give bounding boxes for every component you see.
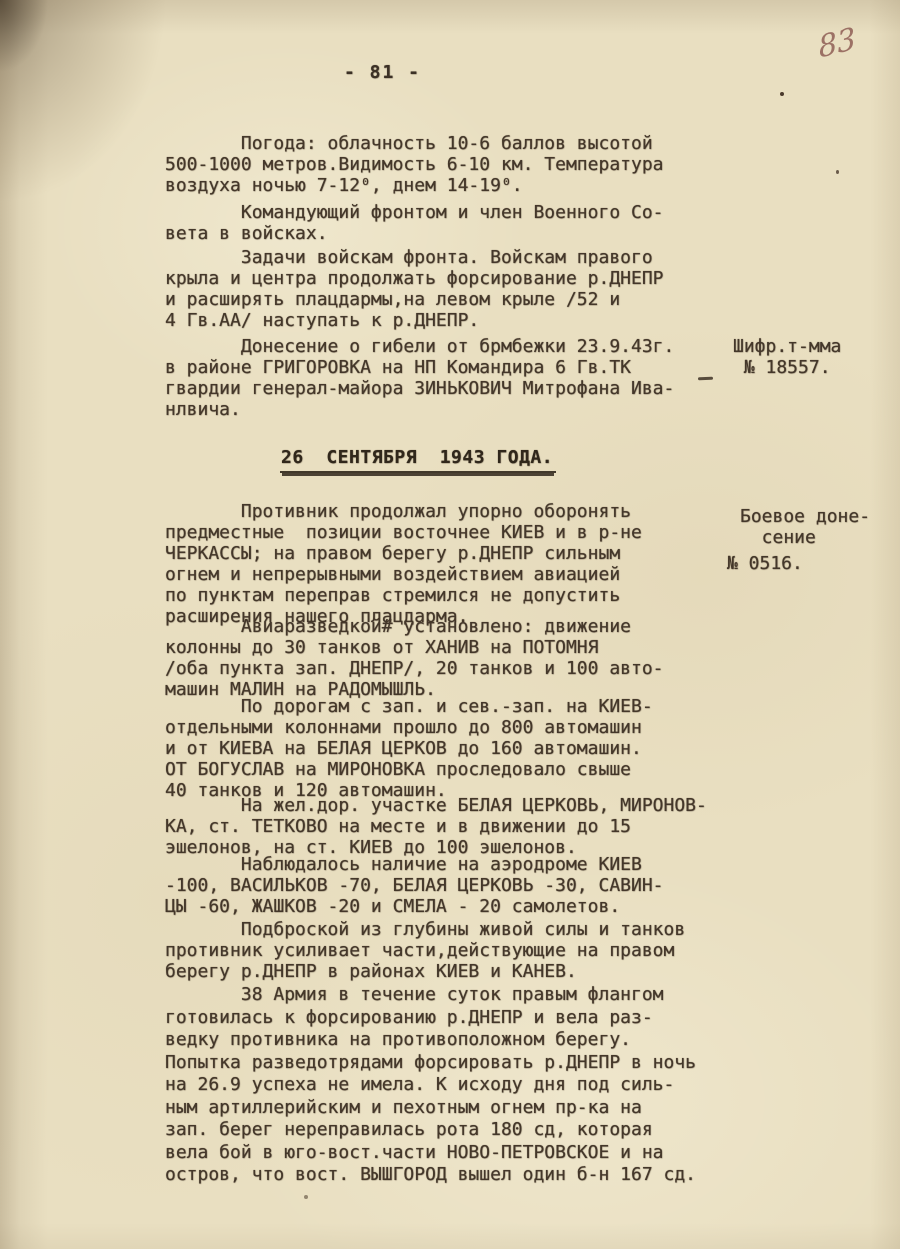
margin-note-combat-report-number: № 0516. xyxy=(727,553,803,574)
page: { "colors": { "paper": "#e9dfc1", "ink":… xyxy=(0,0,900,1249)
ink-speck xyxy=(304,1195,308,1199)
ink-speck xyxy=(836,170,839,174)
typed-page-number: - 81 - xyxy=(344,62,421,83)
typed-paragraph-airfields: Наблюдалось наличие на аэродроме КИЕВ -1… xyxy=(165,854,745,917)
typed-paragraph-air-recon: Авиаразведкой# установлено: движение кол… xyxy=(165,616,745,700)
margin-note-combat-report: Боевое доне- сение xyxy=(740,506,870,548)
margin-note-cipher: Шифр.т-мма № 18557. xyxy=(733,336,841,378)
date-heading: 26 СЕНТЯБРЯ 1943 ГОДА. xyxy=(280,447,556,473)
paper-sheet: 83 - 81 - Погода: облачность 10-6 баллов… xyxy=(0,0,900,1249)
typed-paragraph-road-movement: По дорогам с зап. и сев.-зап. на КИЕВ- о… xyxy=(165,696,745,801)
typed-paragraph-command: Командующий фронтом и член Военного Со- … xyxy=(165,202,745,244)
typed-paragraph-enemy-defense: Противник продолжал упорно оборонять пре… xyxy=(165,501,745,627)
typed-paragraph-railway: На жел.дор. участке БЕЛАЯ ЦЕРКОВЬ, МИРОН… xyxy=(165,795,745,858)
typed-paragraph-weather: Погода: облачность 10-6 баллов высотой 5… xyxy=(165,133,745,196)
handwritten-page-number: 83 xyxy=(817,21,858,65)
ink-dash-artifact xyxy=(698,377,713,381)
typed-paragraph-reinforcement: Подброской из глубины живой силы и танко… xyxy=(165,919,745,982)
ink-speck xyxy=(780,92,784,96)
typed-paragraph-army-38: 38 Армия в течение суток правым флангом … xyxy=(165,984,745,1187)
typed-paragraph-front-tasks: Задачи войскам фронта. Войскам правого к… xyxy=(165,247,745,331)
typed-paragraph-casualty-report: Донесение о гибели от брмбежки 23.9.43г.… xyxy=(165,336,745,420)
